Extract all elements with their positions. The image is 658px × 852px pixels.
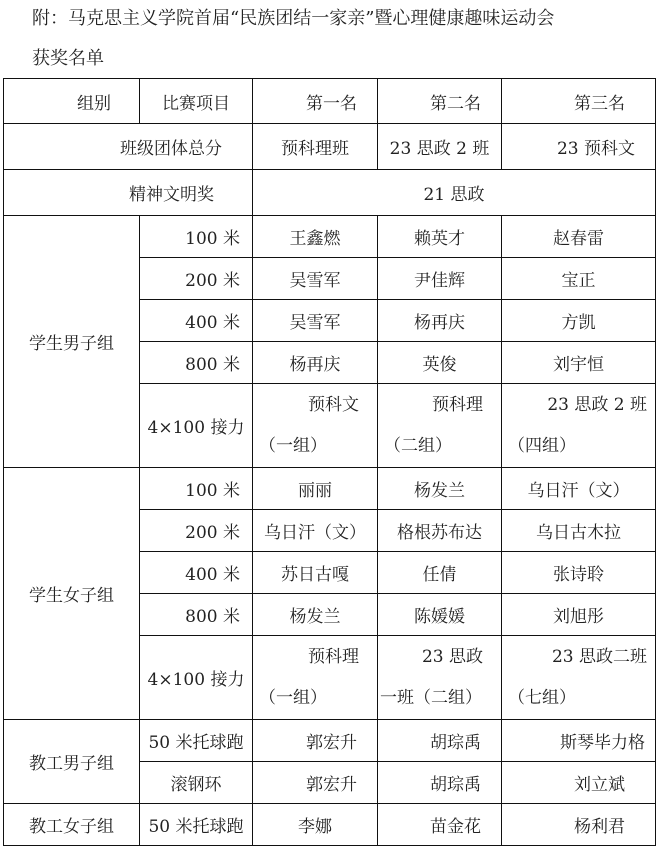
event-cell: 50 米托球跑: [140, 804, 253, 846]
first-cell: 吴雪军: [253, 300, 378, 342]
first-cell: 郭宏升: [253, 762, 378, 804]
third-cell: 23 思政二班（七组）: [502, 636, 656, 720]
second-cell: 格根苏布达: [378, 510, 502, 552]
third-cell: 方凯: [502, 300, 656, 342]
second-cell: 胡琮禹: [378, 720, 502, 762]
third-cell: 张诗聆: [502, 552, 656, 594]
event-cell: 400 米: [140, 552, 253, 594]
table-row: 教工女子组 50 米托球跑 李娜 苗金花 杨利君: [4, 804, 656, 846]
third-cell: 23 思政 2 班（四组）: [502, 384, 656, 468]
third-cell: 杨利君: [502, 804, 656, 846]
first-cell: 杨发兰: [253, 594, 378, 636]
third-cell: 刘立斌: [502, 762, 656, 804]
third-cell: 乌日古木拉: [502, 510, 656, 552]
first-cell: 吴雪军: [253, 258, 378, 300]
second-cell: 尹佳辉: [378, 258, 502, 300]
third-cell: 宝正: [502, 258, 656, 300]
second-cell: 苗金花: [378, 804, 502, 846]
header-group: 组别: [4, 79, 140, 124]
third-cell: 刘旭彤: [502, 594, 656, 636]
event-cell: 200 米: [140, 510, 253, 552]
first-cell: 李娜: [253, 804, 378, 846]
second-cell: 陈媛媛: [378, 594, 502, 636]
group-staff-male: 教工男子组: [4, 720, 140, 804]
event-cell: 200 米: [140, 258, 253, 300]
event-cell: 滚钢环: [140, 762, 253, 804]
event-cell: 100 米: [140, 468, 253, 510]
spirit-award-label: 精神文明奖: [4, 170, 253, 216]
document-subtitle: 获奖名单: [32, 44, 104, 70]
header-row: 组别 比赛项目 第一名 第二名 第三名: [4, 79, 656, 124]
header-second: 第二名: [378, 79, 502, 124]
event-cell: 50 米托球跑: [140, 720, 253, 762]
class-total-label: 班级团体总分: [4, 124, 253, 170]
first-cell: 杨再庆: [253, 342, 378, 384]
second-cell: 杨发兰: [378, 468, 502, 510]
event-cell: 4×100 接力: [140, 636, 253, 720]
document-title: 附：马克思主义学院首届“民族团结一家亲”暨心理健康趣味运动会: [32, 4, 554, 30]
table-row: 学生女子组 100 米 丽丽 杨发兰 乌日汗（文）: [4, 468, 656, 510]
header-first: 第一名: [253, 79, 378, 124]
class-total-third: 23 预科文: [502, 124, 656, 170]
event-cell: 400 米: [140, 300, 253, 342]
second-cell: 杨再庆: [378, 300, 502, 342]
event-cell: 4×100 接力: [140, 384, 253, 468]
second-cell: 预科理（二组）: [378, 384, 502, 468]
header-third: 第三名: [502, 79, 656, 124]
table-row: 学生男子组 100 米 王鑫燃 赖英才 赵春雷: [4, 216, 656, 258]
event-cell: 800 米: [140, 342, 253, 384]
event-cell: 800 米: [140, 594, 253, 636]
spirit-award-row: 精神文明奖 21 思政: [4, 170, 656, 216]
first-cell: 郭宏升: [253, 720, 378, 762]
first-cell: 苏日古嘎: [253, 552, 378, 594]
group-staff-female: 教工女子组: [4, 804, 140, 846]
class-total-row: 班级团体总分 预科理班 23 思政 2 班 23 预科文: [4, 124, 656, 170]
group-student-male: 学生男子组: [4, 216, 140, 468]
third-cell: 斯琴毕力格: [502, 720, 656, 762]
spirit-award-winner: 21 思政: [253, 170, 656, 216]
third-cell: 刘宇恒: [502, 342, 656, 384]
second-cell: 23 思政一班（二组）: [378, 636, 502, 720]
group-student-female: 学生女子组: [4, 468, 140, 720]
first-cell: 丽丽: [253, 468, 378, 510]
third-cell: 乌日汗（文）: [502, 468, 656, 510]
third-cell: 赵春雷: [502, 216, 656, 258]
first-cell: 预科文（一组）: [253, 384, 378, 468]
first-cell: 预科理（一组）: [253, 636, 378, 720]
event-cell: 100 米: [140, 216, 253, 258]
award-table: 组别 比赛项目 第一名 第二名 第三名 班级团体总分 预科理班 23 思政 2 …: [3, 78, 656, 846]
second-cell: 胡琮禹: [378, 762, 502, 804]
first-cell: 王鑫燃: [253, 216, 378, 258]
header-event: 比赛项目: [140, 79, 253, 124]
second-cell: 赖英才: [378, 216, 502, 258]
first-cell: 乌日汗（文）: [253, 510, 378, 552]
table-row: 教工男子组 50 米托球跑 郭宏升 胡琮禹 斯琴毕力格: [4, 720, 656, 762]
second-cell: 任倩: [378, 552, 502, 594]
class-total-second: 23 思政 2 班: [378, 124, 502, 170]
second-cell: 英俊: [378, 342, 502, 384]
class-total-first: 预科理班: [253, 124, 378, 170]
